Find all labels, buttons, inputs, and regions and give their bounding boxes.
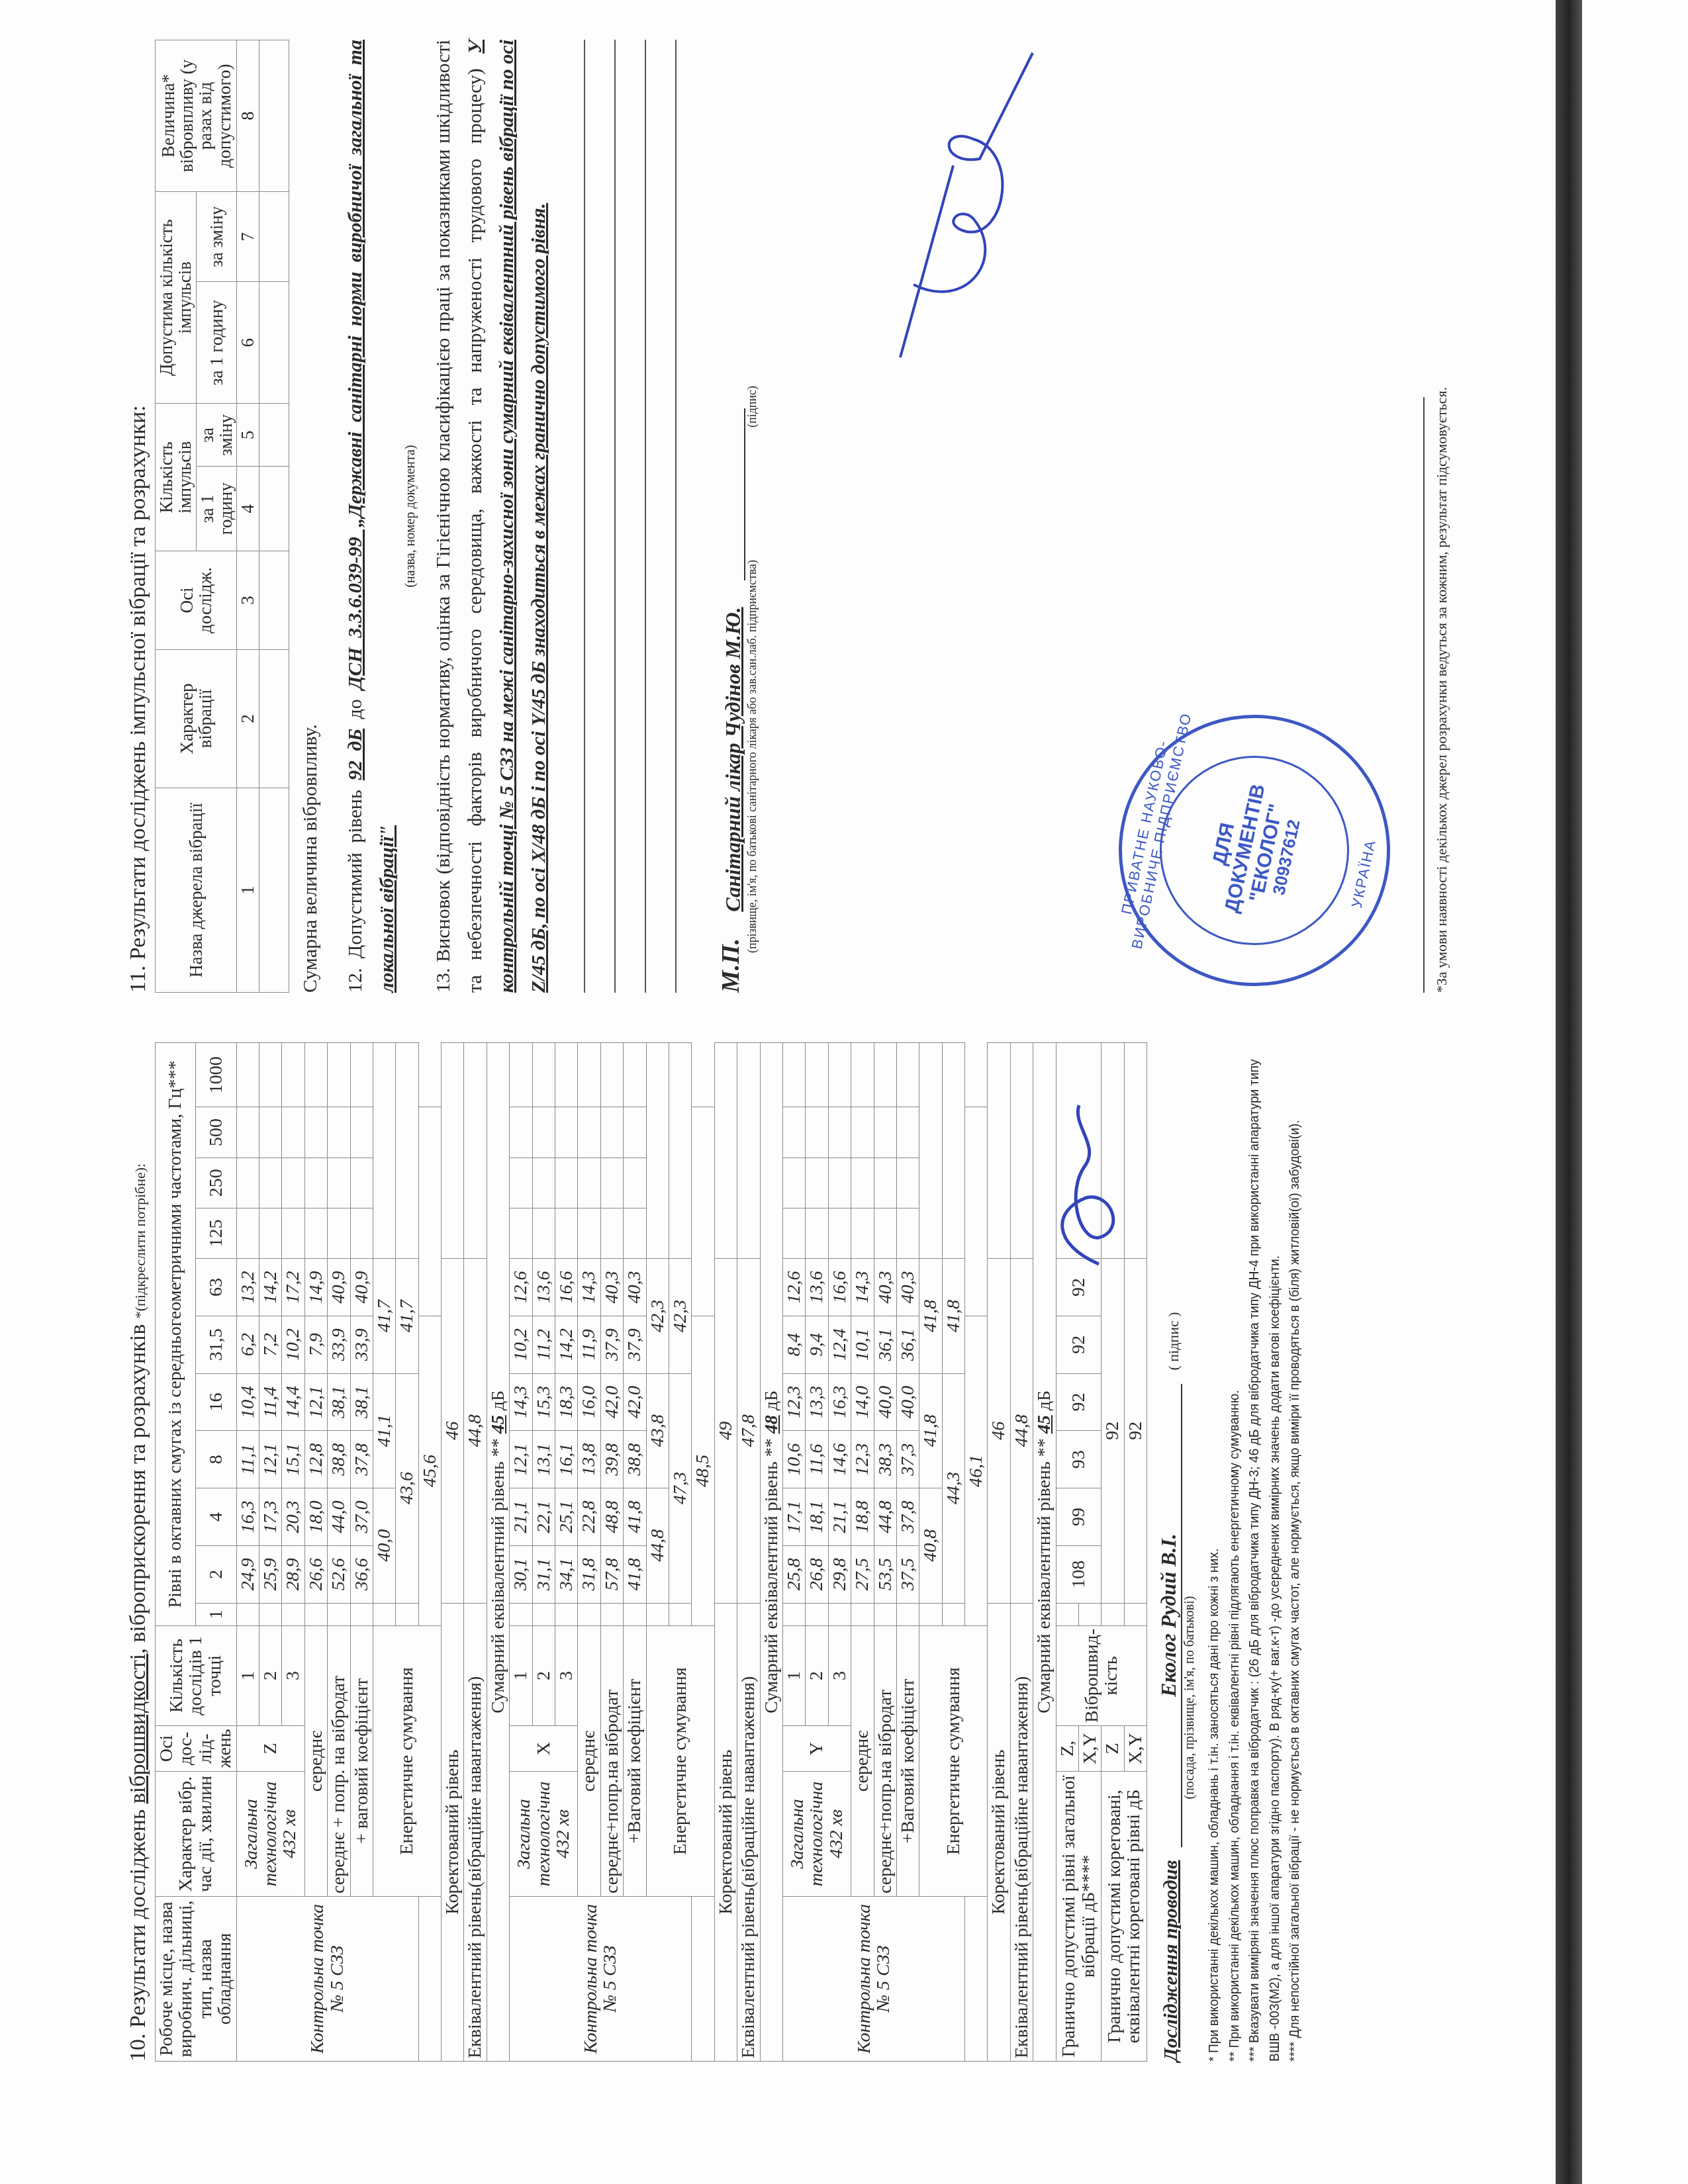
level-cell: [532, 1107, 555, 1158]
level-cell: [624, 1603, 646, 1625]
level-cell: [555, 1603, 578, 1625]
level-cell: [282, 1603, 305, 1625]
level-cell: 37,0: [350, 1488, 373, 1546]
level-cell: 10,6: [782, 1431, 805, 1488]
level-cell: [578, 1043, 600, 1107]
frequency-header: 500: [196, 1107, 236, 1158]
level-cell: 26,6: [305, 1545, 327, 1603]
level-cell: [282, 1208, 305, 1258]
section-11-title: 11. Результати досліджень імпульсної віб…: [126, 40, 151, 993]
level-cell: 40,0: [874, 1373, 896, 1431]
level-cell: [510, 1043, 532, 1107]
footnote: ** При використанні декількох машин, обл…: [1225, 1045, 1244, 2062]
level-cell: 12,8: [305, 1431, 327, 1488]
vibration-results-table: Робоче місце, назва виробнич. дільниці, …: [155, 1042, 1147, 2062]
level-cell: [510, 1603, 532, 1625]
level-cell: [782, 1043, 805, 1107]
level-cell: [896, 1043, 919, 1107]
level-cell: [874, 1158, 896, 1208]
footnote: *** Вказувати виміряні значення плюс поп…: [1244, 1045, 1285, 2062]
level-cell: [510, 1208, 532, 1258]
level-cell: [782, 1107, 805, 1158]
level-cell: 36,1: [896, 1316, 919, 1373]
level-cell: 18,1: [806, 1488, 828, 1546]
level-cell: 11,6: [806, 1431, 828, 1488]
level-cell: 48,8: [600, 1488, 623, 1546]
level-cell: 16,0: [578, 1373, 600, 1431]
level-cell: 16,3: [236, 1488, 259, 1546]
level-cell: [236, 1603, 259, 1625]
workplace-cell: Контрольна точка № 5 СЗЗ: [510, 1897, 692, 2062]
measurement-row: Контрольна точка № 5 СЗЗЗагальна техноло…: [782, 1043, 805, 2062]
column-number: 1: [237, 788, 259, 993]
ecologist-signature-icon: [1046, 1099, 1139, 1271]
level-cell: 40,0: [896, 1373, 919, 1431]
level-cell: [259, 1107, 281, 1158]
level-cell: 40,3: [600, 1259, 623, 1316]
level-cell: [350, 1208, 373, 1258]
section-11-13: 11. Результати досліджень імпульсної віб…: [126, 40, 759, 993]
level-cell: 16,3: [828, 1373, 851, 1431]
level-cell: [806, 1107, 828, 1158]
level-cell: [874, 1208, 896, 1258]
frequency-header: 125: [196, 1208, 236, 1258]
level-cell: 52,6: [328, 1545, 350, 1603]
level-cell: [305, 1107, 327, 1158]
level-cell: 31,8: [578, 1545, 600, 1603]
frequency-header: 2: [196, 1545, 236, 1603]
level-cell: 10,2: [282, 1316, 305, 1373]
level-cell: [896, 1158, 919, 1208]
level-cell: 38,1: [328, 1373, 350, 1431]
level-cell: [259, 1208, 281, 1258]
frequency-header: 1: [196, 1603, 236, 1625]
header-workplace: Робоче місце, назва виробнич. дільниці, …: [156, 1897, 237, 2062]
level-cell: 18,8: [851, 1488, 874, 1546]
column-number: 6: [237, 282, 259, 404]
level-cell: [806, 1208, 828, 1258]
column-number: 8: [237, 40, 259, 192]
level-cell: [851, 1043, 874, 1107]
header-count: Кількість дослідів 1 точці: [156, 1625, 237, 1725]
level-cell: 12,1: [259, 1431, 281, 1488]
level-cell: [328, 1603, 350, 1625]
section-12: 12. Допустимий рівень 92 дБ до ДСН 3.3.6…: [340, 40, 403, 993]
footnotes: * При використанні декількох машин, обла…: [1204, 1045, 1305, 2062]
equivalent-level-row: Еквівалентний рівень(вібраційне навантаж…: [464, 1043, 487, 2062]
measurement-row: Контрольна точка № 5 СЗЗЗагальна техноло…: [510, 1043, 532, 2062]
level-cell: 27,5: [851, 1545, 874, 1603]
conducted-by-line: Дослідження проводив Еколог Рудий В.І. (…: [1156, 1042, 1182, 2062]
level-cell: 31,1: [532, 1545, 555, 1603]
level-cell: 13,6: [532, 1259, 555, 1316]
level-cell: 42,0: [624, 1373, 646, 1431]
level-cell: [782, 1208, 805, 1258]
footnote: * При використанні декількох машин, обла…: [1204, 1045, 1224, 2062]
level-cell: 25,1: [555, 1488, 578, 1546]
level-cell: 41,8: [624, 1488, 646, 1546]
level-cell: [828, 1107, 851, 1158]
level-cell: [600, 1603, 623, 1625]
level-cell: 14,4: [282, 1373, 305, 1431]
level-cell: [328, 1107, 350, 1158]
level-cell: 30,1: [510, 1545, 532, 1603]
level-cell: [828, 1603, 851, 1625]
level-cell: [578, 1208, 600, 1258]
level-cell: 12,6: [782, 1259, 805, 1316]
level-cell: [555, 1043, 578, 1107]
level-cell: 8,4: [782, 1316, 805, 1373]
level-cell: 7,2: [259, 1316, 281, 1373]
level-cell: [532, 1603, 555, 1625]
level-cell: 14,2: [259, 1259, 281, 1316]
level-cell: 44,0: [328, 1488, 350, 1546]
sum-row: Сумарний еквівалентний рівень ** 48 дБ: [760, 1043, 782, 2062]
level-cell: [851, 1208, 874, 1258]
frequency-header: 250: [196, 1158, 236, 1208]
level-cell: 12,3: [782, 1373, 805, 1431]
level-cell: 40,9: [350, 1259, 373, 1316]
level-cell: [532, 1043, 555, 1107]
sum-row: Сумарний еквівалентний рівень ** 45 дБ: [487, 1043, 509, 2062]
level-cell: 38,8: [328, 1431, 350, 1488]
level-cell: [236, 1107, 259, 1158]
level-cell: [896, 1603, 919, 1625]
level-cell: 33,9: [328, 1316, 350, 1373]
level-cell: 37,8: [350, 1431, 373, 1488]
level-cell: [350, 1158, 373, 1208]
level-cell: 34,1: [555, 1545, 578, 1603]
level-cell: 37,5: [896, 1545, 919, 1603]
level-cell: [896, 1107, 919, 1158]
level-cell: [782, 1603, 805, 1625]
corrected-level-row: Коректований рівень49: [714, 1043, 737, 2062]
level-cell: [600, 1158, 623, 1208]
level-cell: [259, 1603, 281, 1625]
character-cell: Загальна технологічна 432 хв: [510, 1772, 578, 1897]
level-cell: 37,9: [624, 1316, 646, 1373]
level-cell: 10,2: [510, 1316, 532, 1373]
level-cell: 20,3: [282, 1488, 305, 1546]
level-cell: 6,2: [236, 1316, 259, 1373]
level-cell: 33,9: [350, 1316, 373, 1373]
level-cell: 14,0: [851, 1373, 874, 1431]
level-cell: 40,3: [624, 1259, 646, 1316]
level-cell: 9,4: [806, 1316, 828, 1373]
level-cell: 7,9: [305, 1316, 327, 1373]
conducted-by-name: Еколог Рудий В.І.: [1156, 1384, 1182, 1847]
level-cell: [350, 1603, 373, 1625]
level-cell: 40,9: [328, 1259, 350, 1316]
level-cell: 12,1: [510, 1431, 532, 1488]
level-cell: [328, 1208, 350, 1258]
impulse-vibration-table: Назва джерела вібрації Характер вібрації…: [155, 40, 289, 993]
level-cell: [510, 1107, 532, 1158]
level-cell: [851, 1603, 874, 1625]
level-cell: 26,8: [806, 1545, 828, 1603]
level-cell: [350, 1107, 373, 1158]
level-cell: 17,1: [782, 1488, 805, 1546]
level-cell: [874, 1107, 896, 1158]
level-cell: 12,1: [305, 1373, 327, 1431]
energy-total-row: 46,1: [965, 1043, 988, 2062]
level-cell: 28,9: [282, 1545, 305, 1603]
frequency-header: 1000: [196, 1043, 236, 1107]
level-cell: 38,1: [350, 1373, 373, 1431]
level-cell: 25,8: [782, 1545, 805, 1603]
level-cell: [282, 1158, 305, 1208]
level-cell: 14,2: [555, 1316, 578, 1373]
section-13: 13. Висновок (відповідність нормативу, о…: [428, 40, 555, 993]
doctor-signature-icon: [874, 46, 1046, 364]
level-cell: [874, 1043, 896, 1107]
character-cell: Загальна технологічна 432 хв: [236, 1772, 305, 1897]
level-cell: [624, 1208, 646, 1258]
energy-total-row: 48,5: [692, 1043, 714, 2062]
level-cell: [305, 1158, 327, 1208]
level-cell: 14,3: [578, 1259, 600, 1316]
header-character: Характер вібр. час дії, хвилин: [156, 1772, 237, 1897]
character-cell: Загальна технологічна 432 хв: [782, 1772, 851, 1897]
level-cell: 14,3: [851, 1259, 874, 1316]
level-cell: [510, 1158, 532, 1208]
level-cell: 22,8: [578, 1488, 600, 1546]
level-cell: [828, 1043, 851, 1107]
level-cell: 14,6: [828, 1431, 851, 1488]
level-cell: [851, 1158, 874, 1208]
measurement-row: Контрольна точка № 5 СЗЗЗагальна техноло…: [236, 1043, 259, 2062]
level-cell: [782, 1158, 805, 1208]
level-cell: 21,1: [828, 1488, 851, 1546]
frequency-header: 4: [196, 1488, 236, 1546]
level-cell: 41,8: [624, 1545, 646, 1603]
level-cell: 16,6: [555, 1259, 578, 1316]
level-cell: 18,0: [305, 1488, 327, 1546]
level-cell: [578, 1158, 600, 1208]
level-cell: 13,6: [806, 1259, 828, 1316]
level-cell: 44,8: [874, 1488, 896, 1546]
energy-total-row: 45,6: [418, 1043, 441, 2062]
level-cell: 57,8: [600, 1545, 623, 1603]
rotated-document-page: 10. Результати досліджень віброшвидкості…: [0, 0, 1688, 2184]
level-cell: 39,8: [600, 1431, 623, 1488]
level-cell: [600, 1043, 623, 1107]
level-cell: [851, 1107, 874, 1158]
level-cell: 14,9: [305, 1259, 327, 1316]
level-cell: 11,2: [532, 1316, 555, 1373]
level-cell: 12,4: [828, 1316, 851, 1373]
level-cell: [828, 1158, 851, 1208]
level-cell: [282, 1043, 305, 1107]
frequency-header: 63: [196, 1259, 236, 1316]
level-cell: 17,3: [259, 1488, 281, 1546]
frequency-header: 31,5: [196, 1316, 236, 1373]
level-cell: 13,1: [532, 1431, 555, 1488]
level-cell: 17,2: [282, 1259, 305, 1316]
company-stamp: ПРИВАТНЕ НАУКОВО-ВИРОБНИЧЕ ПІДПРИЄМСТВО …: [1094, 690, 1415, 1011]
level-cell: 14,3: [510, 1373, 532, 1431]
level-cell: [259, 1043, 281, 1107]
level-cell: [259, 1158, 281, 1208]
empty-row: [259, 40, 289, 993]
level-cell: [236, 1043, 259, 1107]
frequency-header: 16: [196, 1373, 236, 1431]
level-cell: 13,2: [236, 1259, 259, 1316]
column-number: 2: [237, 650, 259, 788]
axis-cell: Y: [782, 1726, 851, 1772]
level-cell: [305, 1603, 327, 1625]
level-cell: 16,6: [828, 1259, 851, 1316]
level-cell: [555, 1107, 578, 1158]
level-cell: 38,3: [874, 1431, 896, 1488]
level-cell: [282, 1107, 305, 1158]
level-cell: 15,1: [282, 1431, 305, 1488]
level-cell: [350, 1043, 373, 1107]
equivalent-level-row: Еквівалентний рівень(вібраційне навантаж…: [1010, 1043, 1033, 2062]
level-cell: [600, 1107, 623, 1158]
level-cell: 16,1: [555, 1431, 578, 1488]
level-cell: 11,9: [578, 1316, 600, 1373]
level-cell: [532, 1158, 555, 1208]
level-cell: 10,4: [236, 1373, 259, 1431]
footnote: **** Для непостійної загальної вібрації …: [1285, 1045, 1305, 2062]
level-cell: [896, 1208, 919, 1258]
frequency-header: 8: [196, 1431, 236, 1488]
level-cell: [328, 1158, 350, 1208]
level-cell: 37,3: [896, 1431, 919, 1488]
level-cell: [236, 1208, 259, 1258]
level-cell: 18,3: [555, 1373, 578, 1431]
level-cell: [328, 1043, 350, 1107]
right-footnote: *За умови наявності декількох джерел роз…: [1433, 387, 1450, 993]
level-cell: 11,1: [236, 1431, 259, 1488]
axis-cell: Z: [236, 1726, 305, 1772]
level-cell: 42,0: [600, 1373, 623, 1431]
header-axes: Осі дос-лід-жень: [156, 1726, 237, 1772]
doctor-signoff: М.П. Санітарний лікар Чудінов М.Ю.: [716, 40, 745, 993]
section-10-title: 10. Результати досліджень віброшвидкості…: [126, 1042, 151, 2062]
level-cell: [624, 1043, 646, 1107]
level-cell: 12,3: [851, 1431, 874, 1488]
level-cell: 37,8: [896, 1488, 919, 1546]
column-number: 3: [237, 551, 259, 650]
column-number: 5: [237, 404, 259, 467]
level-cell: 37,9: [600, 1316, 623, 1373]
level-cell: [624, 1158, 646, 1208]
level-cell: [578, 1107, 600, 1158]
corrected-level-row: Коректований рівень46: [442, 1043, 464, 2062]
level-cell: [874, 1603, 896, 1625]
level-cell: [555, 1208, 578, 1258]
axis-cell: X: [510, 1726, 578, 1772]
header-levels: Рівні в октавних смугах із середньогеоме…: [156, 1043, 196, 1626]
level-cell: 10,1: [851, 1316, 874, 1373]
level-cell: 36,6: [350, 1545, 373, 1603]
level-cell: [806, 1158, 828, 1208]
column-number: 7: [237, 192, 259, 282]
workplace-cell: Контрольна точка № 5 СЗЗ: [236, 1897, 418, 2062]
level-cell: 11,4: [259, 1373, 281, 1431]
level-cell: 12,6: [510, 1259, 532, 1316]
level-cell: 53,5: [874, 1545, 896, 1603]
level-cell: 36,1: [874, 1316, 896, 1373]
column-number: 4: [237, 467, 259, 551]
level-cell: 15,3: [532, 1373, 555, 1431]
level-cell: 40,3: [896, 1259, 919, 1316]
column-number-row: 12345678: [237, 40, 259, 993]
scanner-edge: [1556, 0, 1582, 2184]
equivalent-level-row: Еквівалентний рівень(вібраційне навантаж…: [737, 1043, 760, 2062]
level-cell: [532, 1208, 555, 1258]
level-cell: [806, 1043, 828, 1107]
level-cell: 40,3: [874, 1259, 896, 1316]
corrected-level-row: Коректований рівень46: [988, 1043, 1010, 2062]
workplace-cell: Контрольна точка № 5 СЗЗ: [782, 1897, 964, 2062]
level-cell: [305, 1208, 327, 1258]
level-cell: [305, 1043, 327, 1107]
level-cell: 38,8: [624, 1431, 646, 1488]
level-cell: [828, 1208, 851, 1258]
level-cell: [600, 1208, 623, 1258]
level-cell: [555, 1158, 578, 1208]
level-cell: 21,1: [510, 1488, 532, 1546]
level-cell: [578, 1603, 600, 1625]
level-cell: [624, 1107, 646, 1158]
level-cell: 13,8: [578, 1431, 600, 1488]
level-cell: 29,8: [828, 1545, 851, 1603]
level-cell: 22,1: [532, 1488, 555, 1546]
level-cell: [236, 1158, 259, 1208]
level-cell: 24,9: [236, 1545, 259, 1603]
level-cell: 25,9: [259, 1545, 281, 1603]
level-cell: [806, 1603, 828, 1625]
level-cell: 13,3: [806, 1373, 828, 1431]
